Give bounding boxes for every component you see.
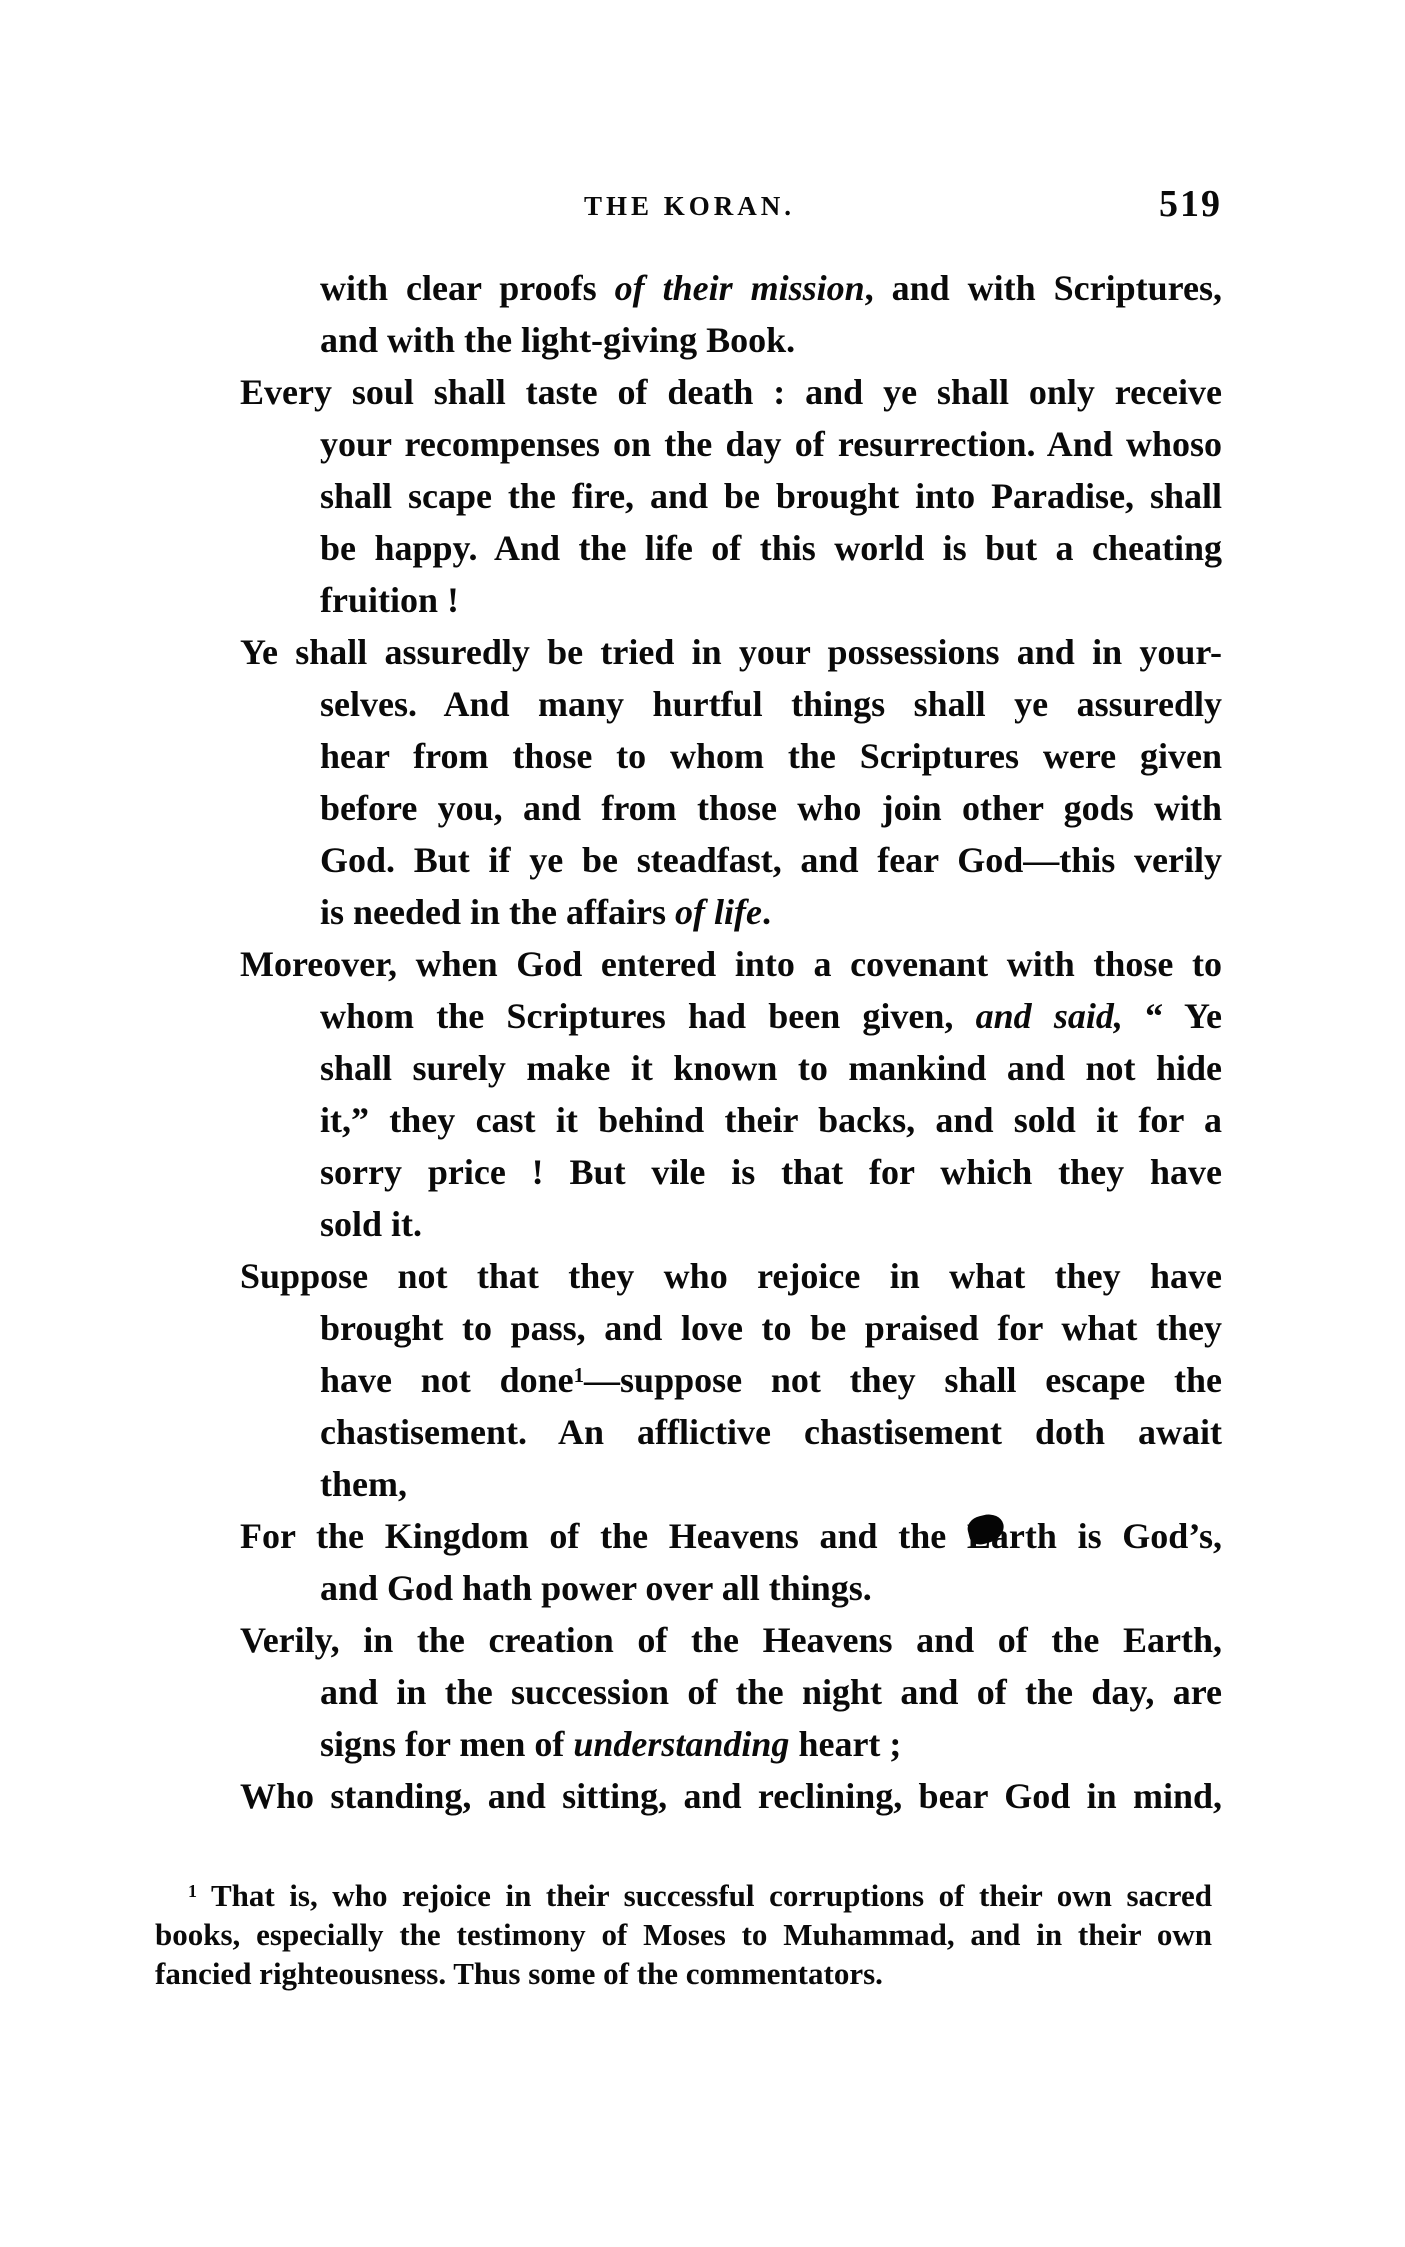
text-segment: selves. And many hurtful things shall ye…	[320, 684, 1222, 724]
italic-text-segment: understanding	[573, 1724, 789, 1764]
verse-line: fruition !	[240, 574, 1222, 626]
verse-line: is needed in the affairs of life.	[240, 886, 1222, 938]
text-segment: your recompenses on the day of resurrect…	[320, 424, 1222, 464]
verse-line: with clear proofs of their mission, and …	[240, 262, 1222, 314]
text-segment: For the Kingdom of the Heavens and the	[240, 1516, 967, 1556]
text-segment: it,” they cast it behind their backs, an…	[320, 1100, 1222, 1140]
italic-text-segment: of their mission	[615, 268, 865, 308]
text-segment: —suppose not they shall escape the	[584, 1360, 1222, 1400]
verse-line: shall surely make it known to mankind an…	[240, 1042, 1222, 1094]
verse-line: be happy. And the life of this world is …	[240, 522, 1222, 574]
italic-text-segment: of life	[675, 892, 762, 932]
text-segment: .	[762, 892, 771, 932]
verse-line: Ye shall assuredly be tried in your poss…	[240, 626, 1222, 678]
text-segment: Moreover, when God entered into a covena…	[240, 944, 1222, 984]
verse-line: God. But if ye be steadfast, and fear Go…	[240, 834, 1222, 886]
text-segment: Verily, in the creation of the Heavens a…	[240, 1620, 1222, 1660]
text-segment: books, especially the testimony of Moses…	[155, 1917, 1212, 1952]
footnote-reference-superscript: 1	[188, 1881, 197, 1901]
verse-line: Moreover, when God entered into a covena…	[240, 938, 1222, 990]
verse-line: have not done1—suppose not they shall es…	[240, 1354, 1222, 1406]
text-segment: That is, who rejoice in their successful…	[197, 1878, 1212, 1913]
verse-line: For the Kingdom of the Heavens and the E…	[240, 1510, 1222, 1562]
text-segment: “ Ye	[1123, 996, 1222, 1036]
verse-line: shall scape the fire, and be brought int…	[240, 470, 1222, 522]
text-segment: Who standing, and sitting, and reclining…	[240, 1776, 1222, 1816]
verse-text-block: with clear proofs of their mission, and …	[240, 262, 1222, 1822]
text-segment: Suppose not that they who rejoice in wha…	[240, 1256, 1222, 1296]
footnote-reference-superscript: 1	[574, 1363, 584, 1387]
scanned-book-page: THE KORAN. 519 with clear proofs of thei…	[0, 0, 1405, 2247]
verse-line: your recompenses on the day of resurrect…	[240, 418, 1222, 470]
text-segment: before you, and from those who join othe…	[320, 788, 1222, 828]
italic-text-segment: and said,	[976, 996, 1123, 1036]
footnote-line: fancied righteousness. Thus some of the …	[155, 1954, 1212, 1993]
verse-line: Verily, in the creation of the Heavens a…	[240, 1614, 1222, 1666]
verse-line: Every soul shall taste of death : and ye…	[240, 366, 1222, 418]
verse-line: before you, and from those who join othe…	[240, 782, 1222, 834]
text-segment: have not done	[320, 1360, 574, 1400]
verse-line: and in the succession of the night and o…	[240, 1666, 1222, 1718]
verse-line: them,	[240, 1458, 1222, 1510]
text-segment: be happy. And the life of this world is …	[320, 528, 1222, 568]
text-segment: sold it.	[320, 1204, 422, 1244]
verse-line: Who standing, and sitting, and reclining…	[240, 1770, 1222, 1822]
verse-line: whom the Scriptures had been given, and …	[240, 990, 1222, 1042]
verse-line: selves. And many hurtful things shall ye…	[240, 678, 1222, 730]
text-segment: them,	[320, 1464, 407, 1504]
verse-line: hear from those to whom the Scriptures w…	[240, 730, 1222, 782]
text-segment: shall scape the fire, and be brought int…	[320, 476, 1222, 516]
text-segment: and God hath power over all things.	[320, 1568, 872, 1608]
text-segment: is God’s,	[1057, 1516, 1222, 1556]
verse-line: sold it.	[240, 1198, 1222, 1250]
ink-blotted-word: Earth	[967, 1510, 1057, 1562]
text-segment: whom the Scriptures had been given,	[320, 996, 976, 1036]
verse-line: it,” they cast it behind their backs, an…	[240, 1094, 1222, 1146]
text-segment: God. But if ye be steadfast, and fear Go…	[320, 840, 1222, 880]
footnote-line: books, especially the testimony of Moses…	[155, 1915, 1212, 1954]
page-number: 519	[1159, 182, 1222, 226]
verse-line: Suppose not that they who rejoice in wha…	[240, 1250, 1222, 1302]
text-segment: chastisement. An afflictive chastisement…	[320, 1412, 1222, 1452]
text-segment: Ye shall assuredly be tried in your poss…	[240, 632, 1222, 672]
text-segment: is needed in the affairs	[320, 892, 675, 932]
text-segment: Every soul shall taste of death : and ye…	[240, 372, 1222, 412]
verse-line: and with the light-giving Book.	[240, 314, 1222, 366]
footnote-line: 1 That is, who rejoice in their successf…	[155, 1876, 1212, 1915]
verse-line: sorry price ! But vile is that for which…	[240, 1146, 1222, 1198]
text-segment: heart ;	[789, 1724, 901, 1764]
text-segment: shall surely make it known to mankind an…	[320, 1048, 1222, 1088]
text-segment: , and with Scriptures,	[865, 268, 1222, 308]
text-segment: fancied righteousness. Thus some of the …	[155, 1956, 883, 1991]
text-segment: with clear proofs	[320, 268, 615, 308]
text-segment: and in the succession of the night and o…	[320, 1672, 1222, 1712]
verse-line: brought to pass, and love to be praised …	[240, 1302, 1222, 1354]
text-segment: signs for men of	[320, 1724, 573, 1764]
text-segment: brought to pass, and love to be praised …	[320, 1308, 1222, 1348]
verse-line: chastisement. An afflictive chastisement…	[240, 1406, 1222, 1458]
text-segment: hear from those to whom the Scriptures w…	[320, 736, 1222, 776]
text-segment: and with the light-giving Book.	[320, 320, 795, 360]
text-segment: sorry price ! But vile is that for which…	[320, 1152, 1222, 1192]
footnote-block: 1 That is, who rejoice in their successf…	[155, 1876, 1212, 1993]
verse-line: and God hath power over all things.	[240, 1562, 1222, 1614]
text-segment: fruition !	[320, 580, 459, 620]
verse-line: signs for men of understanding heart ;	[240, 1718, 1222, 1770]
